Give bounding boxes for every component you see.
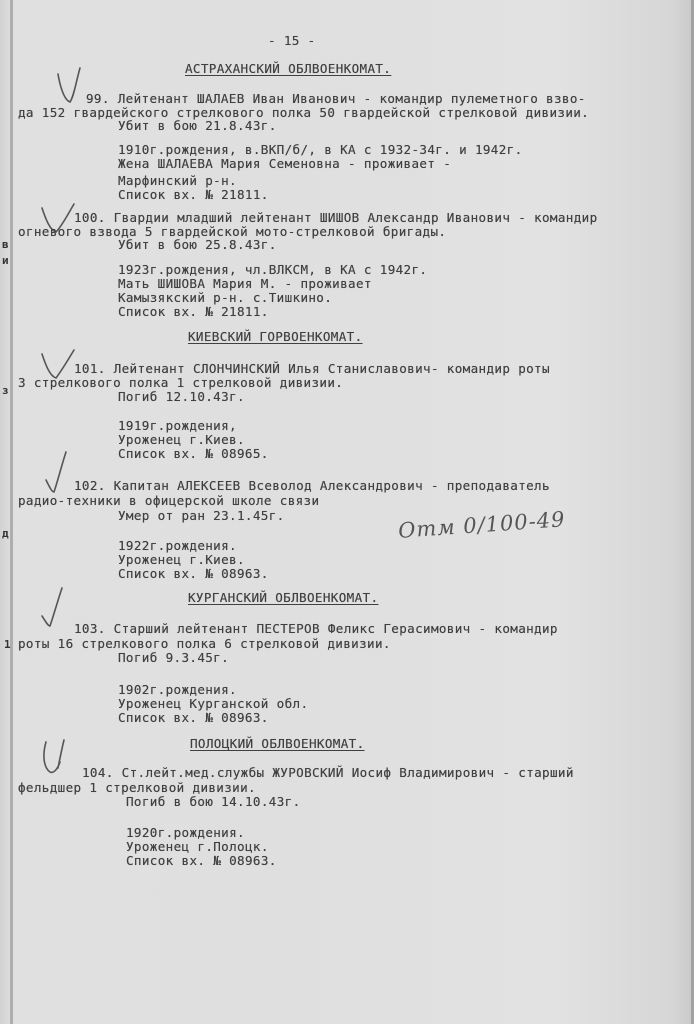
entry-line: 3 стрелкового полка 1 стрелковой дивизии… <box>18 376 343 390</box>
entry-detail: 1902г.рождения. <box>118 683 237 697</box>
section-header: КУРГАНСКИЙ ОБЛВОЕНКОМАТ. <box>188 591 378 605</box>
entry-line: 100. Гвардии младший лейтенант ШИШОВ Але… <box>74 211 598 225</box>
entry-detail: 1923г.рождения, чл.ВЛКСМ, в КА с 1942г. <box>118 263 427 277</box>
entry-line: Погиб в бою 14.10.43г. <box>126 795 301 809</box>
document-page: в и з д 1 - 15 - АСТРАХАНСКИЙ ОБЛВОЕНКОМ… <box>0 0 694 1024</box>
entry-line: Погиб 12.10.43г. <box>118 390 245 404</box>
entry-line: 104. Ст.лейт.мед.службы ЖУРОВСКИЙ Иосиф … <box>82 766 574 780</box>
entry-detail: 1922г.рождения. <box>118 539 237 553</box>
entry-detail: Жена ШАЛАЕВА Мария Семеновна - проживает… <box>118 157 451 171</box>
entry-line: фельдшер 1 стрелковой дивизии. <box>18 781 256 795</box>
margin-mark: и <box>2 254 9 267</box>
entry-line: 103. Старший лейтенант ПЕСТЕРОВ Феликс Г… <box>74 622 558 636</box>
page-number: - 15 - <box>268 34 316 48</box>
entry-detail: 1919г.рождения, <box>118 419 237 433</box>
entry-line: радио-техники в офицерской школе связи <box>18 494 319 508</box>
check-mark-icon <box>40 738 68 778</box>
entry-detail: Уроженец г.Киев. <box>118 433 245 447</box>
margin-mark: з <box>2 384 9 397</box>
entry-detail: Мать ШИШОВА Мария М. - проживает <box>118 277 372 291</box>
entry-line: Убит в бою 25.8.43г. <box>118 238 277 252</box>
entry-line: 102. Капитан АЛЕКСЕЕВ Всеволод Александр… <box>74 479 550 493</box>
entry-line: роты 16 стрелкового полка 6 стрелковой д… <box>18 637 391 651</box>
page-fold-line <box>10 0 13 1024</box>
entry-detail: Уроженец г.Полоцк. <box>126 840 269 854</box>
section-header: АСТРАХАНСКИЙ ОБЛВОЕНКОМАТ. <box>185 62 391 76</box>
check-mark-icon <box>42 450 72 496</box>
section-header: КИЕВСКИЙ ГОРВОЕНКОМАТ. <box>188 330 363 344</box>
entry-detail: Список вх. № 08963. <box>126 854 277 868</box>
entry-detail: 1920г.рождения. <box>126 826 245 840</box>
margin-mark: в <box>2 238 9 251</box>
entry-detail: Список вх. № 08963. <box>118 567 269 581</box>
margin-mark: 1 <box>4 638 11 651</box>
entry-detail: Список вх. № 08965. <box>118 447 269 461</box>
entry-detail: Список вх. № 21811. <box>118 305 269 319</box>
entry-line: 101. Лейтенант СЛОНЧИНСКИЙ Илья Станисла… <box>74 362 550 376</box>
entry-line: 99. Лейтенант ШАЛАЕВ Иван Иванович - ком… <box>86 92 586 106</box>
entry-detail: Список вх. № 21811. <box>118 188 269 202</box>
margin-mark: д <box>2 527 9 540</box>
check-mark-icon <box>52 66 88 106</box>
section-header: ПОЛОЦКИЙ ОБЛВОЕНКОМАТ. <box>190 737 365 751</box>
handwritten-note: Отм 0/100-49 <box>397 507 566 543</box>
entry-detail: Уроженец г.Киев. <box>118 553 245 567</box>
entry-detail: 1910г.рождения, в.ВКП/б/, в КА с 1932-34… <box>118 143 523 157</box>
entry-line: Погиб 9.3.45г. <box>118 651 229 665</box>
entry-detail: Список вх. № 08963. <box>118 711 269 725</box>
entry-line: Убит в бою 21.8.43г. <box>118 119 277 133</box>
entry-detail: Марфинский р-н. <box>118 174 237 188</box>
entry-line: да 152 гвардейского стрелкового полка 50… <box>18 106 589 120</box>
entry-detail: Камызякский р-н. с.Тишкино. <box>118 291 332 305</box>
check-mark-icon <box>38 586 68 630</box>
entry-line: Умер от ран 23.1.45г. <box>118 509 285 523</box>
entry-detail: Уроженец Курганской обл. <box>118 697 308 711</box>
